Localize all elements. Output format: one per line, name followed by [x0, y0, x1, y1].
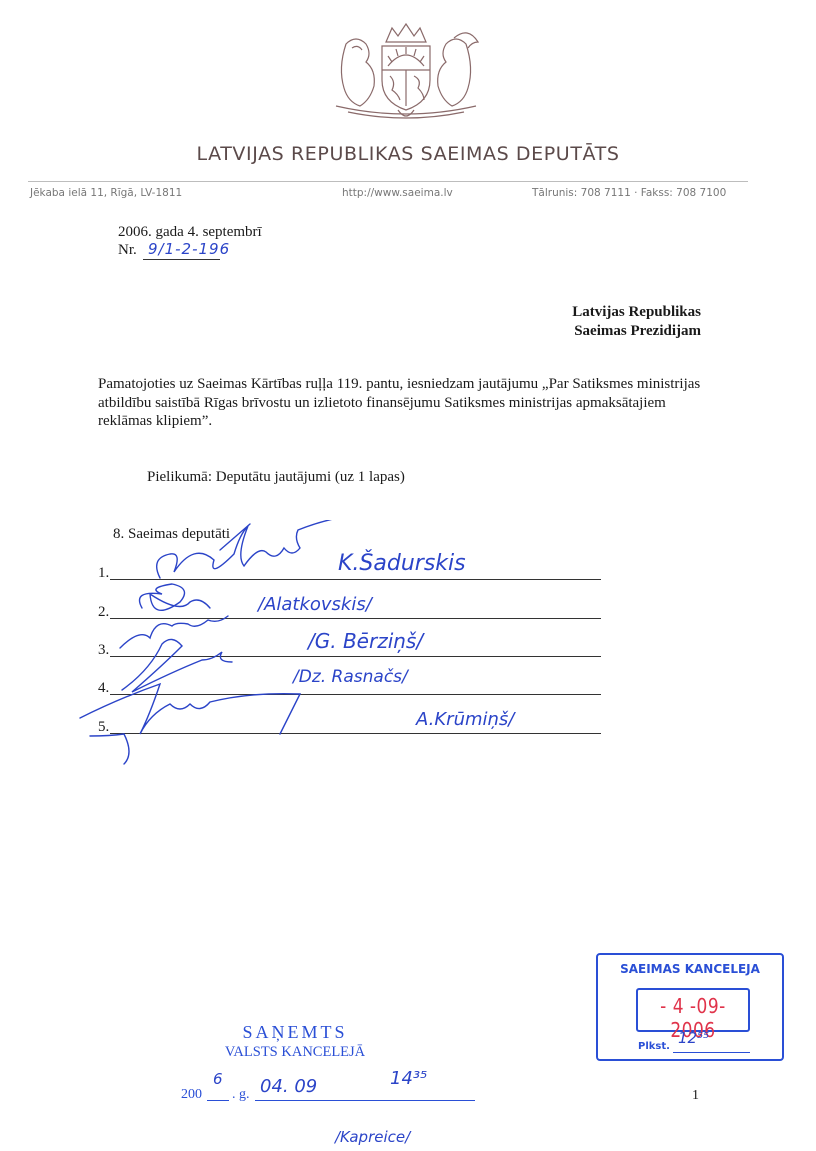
handwritten-signatures-icon — [60, 520, 620, 770]
stamp-date-box: - 4 -09- 2006 — [636, 988, 750, 1032]
letterhead-divider — [28, 181, 748, 182]
stamp-time-underline — [673, 1052, 750, 1053]
attachment-note: Pielikumā: Deputātu jautājumi (uz 1 lapa… — [147, 469, 405, 486]
letter-date: 2006. gada 4. septembrī — [118, 224, 262, 241]
received-g-label: . g. — [232, 1087, 250, 1103]
reference-number-label: Nr. — [118, 242, 137, 259]
stamp-time-value: 12⁵⁵ — [678, 1029, 709, 1047]
received-stamp-subtitle: VALSTS KANCELEJĀ — [170, 1044, 420, 1061]
reference-number-value: 9/1-2-196 — [148, 240, 230, 258]
recipient-line-1: Latvijas Republikas — [572, 303, 701, 322]
stamp-title: SAEIMAS KANCELEJA — [598, 962, 782, 976]
received-stamp-title: SAŅEMTS — [170, 1022, 420, 1043]
letterhead-website[interactable]: http://www.saeima.lv — [342, 187, 453, 199]
received-signature-note: /Kapreice/ — [335, 1128, 410, 1146]
received-time: 14³⁵ — [390, 1068, 427, 1089]
received-year-prefix: 200 — [181, 1087, 202, 1103]
letterhead-address: Jēkaba ielā 11, Rīgā, LV-1811 — [30, 187, 182, 199]
letterhead-phone-fax: Tālrunis: 708 7111 · Fakss: 708 7100 — [532, 187, 726, 199]
reference-number-underline — [143, 259, 220, 260]
recipient-line-2: Saeimas Prezidijam — [572, 322, 701, 341]
received-stamp: SAŅEMTS VALSTS KANCELEJĀ — [170, 1022, 420, 1061]
page-number: 1 — [692, 1088, 699, 1104]
stamp-time-label: Plkst. — [638, 1041, 670, 1052]
letterhead-title: LATVIJAS REPUBLIKAS SAEIMAS DEPUTĀTS — [0, 143, 816, 165]
letter-body: Pamatojoties uz Saeimas Kārtības ruļļa 1… — [98, 375, 718, 431]
coat-of-arms-icon — [326, 14, 486, 126]
received-year-underline — [207, 1100, 229, 1101]
received-day-month: 04. 09 — [260, 1076, 317, 1097]
received-date-underline — [255, 1100, 475, 1101]
chancellery-stamp: SAEIMAS KANCELEJA - 4 -09- 2006 Plkst. 1… — [596, 953, 784, 1061]
received-year-digit: 6 — [213, 1070, 223, 1088]
recipient-block: Latvijas Republikas Saeimas Prezidijam — [572, 303, 701, 341]
